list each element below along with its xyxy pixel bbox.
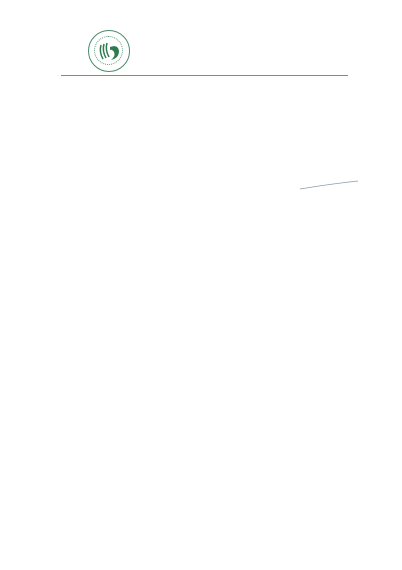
pen-mark-icon bbox=[300, 180, 360, 190]
institute-logo-icon bbox=[88, 30, 130, 72]
header-divider bbox=[61, 75, 348, 76]
